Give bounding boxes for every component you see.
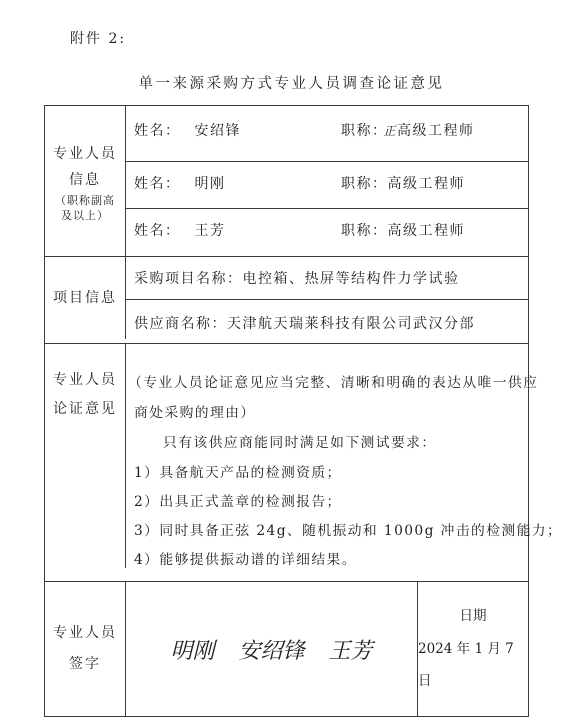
opinion-form-table: 专业人员 信息 （职称副高 及以上） 姓名： 安绍锋 职称：正高级工程师 姓名：… (44, 105, 529, 717)
opinion-label-line2: 论证意见 (53, 395, 117, 424)
date-value: 2024 年 1 月 7 日 (418, 633, 528, 698)
opinion-label-cell: 专业人员 论证意见 (45, 344, 126, 568)
name-label: 姓名： (134, 176, 181, 192)
signature-area: 明刚 安绍锋 王芳 (126, 582, 418, 716)
personnel-info-label-line1: 专业人员 (53, 141, 117, 168)
handwritten-signature: 安绍锋 (238, 634, 304, 665)
project-name-row: 采购项目名称：电控箱、热屏等结构件力学试验 (134, 268, 460, 288)
signature-label-line1: 专业人员 (53, 618, 117, 649)
member-name: 明刚 (194, 176, 225, 192)
title-label: 职称： (341, 223, 388, 239)
opinion-label-line1: 专业人员 (53, 366, 117, 395)
member-title: 高级工程师 (397, 123, 475, 139)
member-name: 安绍锋 (194, 123, 241, 139)
opinion-item-3: 3）同时具备正弦 24g、随机振动和 1000g 冲击的检测能力； (134, 519, 562, 539)
opinion-item-4: 4）能够提供振动谱的详细结果。 (134, 548, 357, 568)
name-label: 姓名： (134, 123, 181, 139)
handwritten-title-prefix: 正 (384, 124, 398, 138)
member-row-3: 姓名： 王芳 (134, 220, 225, 240)
row-divider (126, 299, 528, 300)
title-label: 职称： (341, 176, 388, 192)
handwritten-signature: 明刚 (170, 634, 214, 665)
member-row-1: 姓名： 安绍锋 (134, 120, 241, 140)
member-title: 高级工程师 (388, 176, 466, 192)
project-info-label: 项目信息 (53, 285, 117, 312)
supplier-label: 供应商名称： (134, 316, 227, 332)
signature-label-line2: 签字 (69, 649, 101, 680)
personnel-info-note-line2: 及以上） (61, 209, 109, 224)
date-cell: 日期 2024 年 1 月 7 日 (418, 582, 528, 716)
opinion-instruction-line2: 商处采购的理由） (134, 401, 256, 421)
member-title: 高级工程师 (388, 223, 466, 239)
personnel-info-note-line1: （职称副高 (55, 194, 115, 209)
member-name: 王芳 (194, 223, 225, 239)
member-row-2: 姓名： 明刚 (134, 173, 225, 193)
row-divider (126, 208, 528, 209)
opinion-item-1: 1）具备航天产品的检测资质； (134, 461, 342, 481)
member-title-1: 职称：正高级工程师 (341, 120, 475, 140)
member-title-3: 职称：高级工程师 (341, 220, 465, 240)
date-label: 日期 (460, 600, 487, 632)
project-info-label-cell: 项目信息 (45, 257, 126, 339)
member-title-2: 职称：高级工程师 (341, 173, 465, 193)
handwritten-signature: 王芳 (329, 634, 373, 665)
personnel-info-label-line2: 信息 (69, 167, 101, 194)
row-divider (126, 161, 528, 162)
title-label: 职称： (341, 123, 388, 139)
project-name-value: 电控箱、热屏等结构件力学试验 (243, 271, 460, 287)
personnel-info-label-cell: 专业人员 信息 （职称副高 及以上） (45, 106, 126, 258)
opinion-instruction-line1: （专业人员论证意见应当完整、清晰和明确的表达从唯一供应 (128, 371, 538, 391)
name-label: 姓名： (134, 223, 181, 239)
document-title: 单一来源采购方式专业人员调查论证意见 (0, 72, 583, 93)
project-name-label: 采购项目名称： (134, 271, 243, 287)
attachment-label: 附件 2: (70, 28, 126, 48)
opinion-intro: 只有该供应商能同时满足如下测试要求： (163, 431, 437, 451)
supplier-name-value: 天津航天瑞莱科技有限公司武汉分部 (227, 316, 475, 332)
supplier-row: 供应商名称：天津航天瑞莱科技有限公司武汉分部 (134, 313, 475, 333)
opinion-item-2: 2）出具正式盖章的检测报告； (134, 490, 342, 510)
signature-label-cell: 专业人员 签字 (45, 582, 126, 716)
